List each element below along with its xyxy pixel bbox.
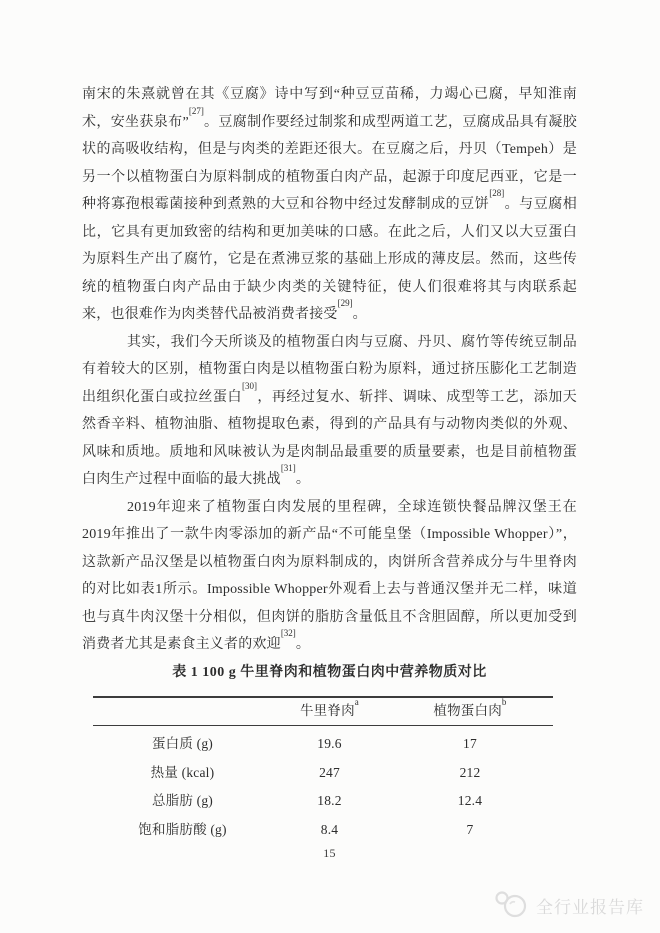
- citation-ref-29: [29]: [338, 298, 353, 308]
- citation-ref-32: [32]: [281, 628, 296, 638]
- paragraph-text: 2019年迎来了植物蛋白肉发展的里程碑，全球连锁快餐品牌汉堡王在2019年推出了…: [82, 500, 577, 653]
- paragraph-impossible-whopper: 2019年迎来了植物蛋白肉发展的里程碑，全球连锁快餐品牌汉堡王在2019年推出了…: [82, 494, 577, 659]
- watermark-label: 全行业报告库: [536, 893, 644, 918]
- plant-value: 12.4: [387, 787, 553, 816]
- report-library-watermark: 全行业报告库: [494, 890, 644, 920]
- table-footnote-mark-b: b: [502, 697, 507, 707]
- report-library-logo-icon: [494, 890, 530, 920]
- document-page: 南宋的朱熹就曾在其《豆腐》诗中写到“种豆豆苗稀，力竭心已腐，早知淮南术，安坐获泉…: [0, 0, 660, 933]
- paragraph-text: 。: [296, 472, 310, 487]
- citation-ref-31: [31]: [281, 463, 296, 473]
- page-number: 15: [82, 845, 577, 861]
- paragraph-tofu-history: 南宋的朱熹就曾在其《豆腐》诗中写到“种豆豆苗稀，力竭心已腐，早知淮南术，安坐获泉…: [82, 81, 577, 329]
- nutrition-comparison-table: 牛里脊肉a 植物蛋白肉b 蛋白质 (g) 19.6 17 热量 (kcal) 2…: [93, 696, 553, 844]
- row-label: 总脂肪 (g): [93, 787, 272, 816]
- row-label: 蛋白质 (g): [93, 725, 272, 758]
- table-header-plant: 植物蛋白肉b: [387, 697, 553, 726]
- page-content: 南宋的朱熹就曾在其《豆腐》诗中写到“种豆豆苗稀，力竭心已腐，早知淮南术，安坐获泉…: [82, 81, 577, 873]
- table-header-beef: 牛里脊肉a: [272, 697, 387, 726]
- beef-value: 18.2: [272, 787, 387, 816]
- paragraph-text: 。与豆腐相比，它具有更加致密的结构和更加美味的口感。在此之后，人们又以大豆蛋白为…: [82, 197, 577, 322]
- table-title: 表 1 100 g 牛里脊肉和植物蛋白肉中营养物质对比: [82, 663, 577, 683]
- nutrition-table-block: 表 1 100 g 牛里脊肉和植物蛋白肉中营养物质对比 牛里脊肉a 植物蛋白肉b…: [82, 663, 577, 861]
- paragraph-text: 。: [353, 307, 367, 322]
- paragraph-plant-protein-difference: 其实，我们今天所谈及的植物蛋白肉与豆腐、丹贝、腐竹等传统豆制品有着较大的区别，植…: [82, 329, 577, 494]
- paragraph-text: 。: [296, 637, 310, 652]
- table-row-saturated-fat: 饱和脂肪酸 (g) 8.4 7: [93, 815, 553, 844]
- plant-value: 212: [387, 758, 553, 787]
- beef-value: 8.4: [272, 815, 387, 844]
- table-row-protein: 蛋白质 (g) 19.6 17: [93, 725, 553, 758]
- plant-value: 17: [387, 725, 553, 758]
- citation-ref-27: [27]: [189, 106, 204, 116]
- table-row-total-fat: 总脂肪 (g) 18.2 12.4: [93, 787, 553, 816]
- row-label: 热量 (kcal): [93, 758, 272, 787]
- row-label: 饱和脂肪酸 (g): [93, 815, 272, 844]
- beef-value: 19.6: [272, 725, 387, 758]
- table-header-empty: [93, 697, 272, 726]
- citation-ref-28: [28]: [489, 188, 504, 198]
- table-footnote-mark-a: a: [355, 697, 359, 707]
- table-header-row: 牛里脊肉a 植物蛋白肉b: [93, 697, 553, 726]
- plant-value: 7: [387, 815, 553, 844]
- citation-ref-30: [30]: [242, 381, 257, 391]
- beef-value: 247: [272, 758, 387, 787]
- table-row-calories: 热量 (kcal) 247 212: [93, 758, 553, 787]
